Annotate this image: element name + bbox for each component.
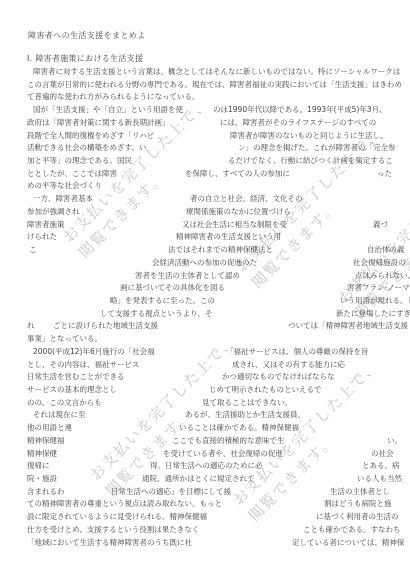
- text-fragment: 害者プラン-ノーマラ: [347, 283, 410, 292]
- document-line: ての精神障害者の尊重という視点は読み取れない。もっと割はどうも病院と施: [0, 499, 410, 510]
- document-line: 国が「生活支援」や「自立」という用語を使のは1990年代以降である。1993年(…: [0, 105, 410, 116]
- document-line: けられた精神障害者の生活支援という用: [0, 232, 410, 243]
- text-fragment: 割はどうも病院と施: [324, 499, 392, 508]
- document-line: 活動できる社会の構築をめざす、いン」の理念を掲げた。これが障害者の「完全参: [0, 143, 410, 154]
- text-fragment: い。: [387, 436, 402, 445]
- text-fragment: 成され、又はその有する能力に応: [232, 360, 345, 369]
- text-fragment: 療関係施策のなかに位置づけら: [186, 207, 291, 216]
- text-fragment: 日常生活を営むことができる: [27, 372, 125, 381]
- document-line: 2000(平成12)年6月施行の「社会福「福祉サービスは、個人の尊厳の保持を旨: [0, 347, 410, 358]
- document-line: 事業」となっている。: [0, 334, 410, 345]
- document-line: して支援する視点というより、そ新たに登場したにすぎない。そ: [0, 309, 410, 320]
- text-fragment: 新たに登場したにすぎない。そ: [336, 309, 410, 318]
- text-fragment: て普遍的な使われ方がみられるようになっている。: [27, 92, 200, 101]
- text-fragment: 会経済活動への参加の促進のた: [152, 258, 257, 267]
- document-line: のの、この文言からも見て取ることはできない。: [0, 398, 410, 409]
- text-fragment: 事業」となっている。: [27, 334, 102, 343]
- text-fragment: ついては「精神障害者地域生活支援: [288, 321, 408, 330]
- text-fragment: を保障し、すべての人の参加に: [185, 169, 290, 178]
- text-fragment: 他の用語と連: [27, 423, 72, 432]
- document-lines: 障害者に対する生活支援という言葉は、概念としてはそんなに新しいものではない。特に…: [0, 0, 410, 580]
- document-page: お支払いを完了した上で、閲覧できます。お支払いを完了した上で、閲覧できます。お支…: [0, 0, 410, 580]
- text-fragment: 2000(平成12)年6月施行の「社会福: [33, 347, 155, 356]
- text-fragment: 仕方を受けとめ、支援するという役割は果たきなく: [27, 525, 199, 534]
- text-fragment: った: [377, 169, 392, 178]
- text-fragment: 日常生活への適応」を目標にして援: [111, 487, 231, 496]
- text-fragment: るだけでなく、行動に結びつく計画を策定するこ: [228, 156, 393, 165]
- text-fragment: 「地域において生活する精神障害者のうち既に社: [27, 538, 192, 547]
- document-line: 設に限定されているように見受けられる。精神保健福に基づく利用者の生活の: [0, 512, 410, 523]
- text-fragment: 法ではそれまでの精神保健法と: [168, 245, 273, 254]
- text-fragment: けられた: [27, 232, 57, 241]
- text-fragment: 略」を発表するに至った。この: [110, 296, 215, 305]
- text-fragment: のは1990年代以降である。1993年(平成5)年3月、: [213, 105, 387, 114]
- text-fragment: 生活の主体者とし: [330, 487, 390, 496]
- text-fragment: 害者を生活の主体者として認め: [135, 271, 240, 280]
- document-line: 「地域において生活する精神障害者のうち既に社定している者については、精神保: [0, 538, 410, 549]
- text-fragment: の社会: [371, 449, 394, 458]
- document-line: こ法ではそれまでの精神保健法と自治体の義: [0, 245, 410, 256]
- text-fragment: 精神保健: [27, 449, 57, 458]
- document-line: ととしたが、ここでは障害を保障し、すべての人の参加にった: [0, 169, 410, 180]
- document-line: 加と平等」の理念である。国民るだけでなく、行動に結びつく計画を策定するこ: [0, 156, 410, 167]
- text-fragment: とある。病: [362, 461, 400, 470]
- document-line: 害者を生活の主体者として認め点はみられない。: [0, 271, 410, 282]
- text-fragment: あるが、生活援助とか生活支援員、: [185, 410, 305, 419]
- text-fragment: ここでも直接的積極的な意味で生: [172, 436, 285, 445]
- text-fragment: 精神障害者の生活支援という用: [176, 232, 281, 241]
- text-fragment: 又は社会生活に相当な制限を受: [182, 220, 287, 229]
- text-fragment: 含まれるわ: [27, 487, 65, 496]
- text-fragment: れ: [27, 321, 35, 330]
- document-line: て普遍的な使われ方がみられるようになっている。: [0, 92, 410, 103]
- text-fragment: とし、その内容は、福祉サービス: [27, 360, 140, 369]
- document-line: 一方、障害者基本者の自立と社会、経済、文化その: [0, 194, 410, 205]
- text-fragment: 障害者に対する生活支援という言葉は、概念としてはそんなに新しいものではない。特に…: [33, 67, 400, 76]
- text-fragment: 障害者が障害のないものと同じように生活し、: [230, 131, 388, 140]
- text-fragment: ごとに設けられた地域生活支援: [53, 321, 158, 330]
- text-fragment: 設に限定されているように見受けられる。精神保健福: [27, 512, 207, 521]
- text-fragment: 画に基づいてその具体化を図る: [120, 283, 225, 292]
- text-fragment: に基づく利用者の生活の: [316, 512, 399, 521]
- text-fragment: ン」の理念を掲げた。これが障害者の「完全参: [238, 143, 396, 152]
- document-line: 会経済活動への参加の促進のた社会復帰施設の: [0, 258, 410, 269]
- document-line: 障害者に対する生活支援という言葉は、概念としてはそんなに新しいものではない。特に…: [0, 67, 410, 78]
- text-fragment: めの平等な社会づくり: [27, 181, 102, 190]
- text-fragment: 者の自立と社会、経済、文化その: [190, 194, 303, 203]
- text-fragment: して支援する視点というより、そ: [100, 309, 213, 318]
- document-line: めの平等な社会づくり: [0, 181, 410, 192]
- document-line: 院・施設通院、通所かはとくに規定されている人も当然: [0, 474, 410, 485]
- text-fragment: こ: [29, 245, 37, 254]
- text-fragment: 精神保健福: [27, 436, 65, 445]
- text-fragment: 活動できる社会の構築をめざす、い: [27, 143, 146, 152]
- text-fragment: ととしたが、ここでは障害: [27, 169, 117, 178]
- document-line: 精神保健を受けている者や、社会復帰の促進の社会: [0, 449, 410, 460]
- document-line: 参加が強調され療関係施策のなかに位置づけら: [0, 207, 410, 218]
- text-fragment: いる人も当然: [357, 474, 402, 483]
- document-line: とし、その内容は、福祉サービス成され、又はその有する能力に応: [0, 360, 410, 371]
- text-fragment: には、障害者がそのライフステージのすべての: [220, 118, 376, 127]
- text-fragment: 院・施設: [27, 474, 57, 483]
- document-line: 復帰に得、日常生活への適応のために必とある。病: [0, 461, 410, 472]
- text-fragment: ことも確かである。すなわち: [303, 525, 401, 534]
- document-line: 画に基づいてその具体化を図る害者プラン-ノーマラ: [0, 283, 410, 294]
- text-fragment: 「福祉サービスは、個人の尊厳の保持を旨: [226, 347, 369, 356]
- text-fragment: ての精神障害者の尊重という視点は読み取れない。もっと: [27, 499, 222, 508]
- text-fragment: 通院、通所かはとくに規定されて: [142, 474, 255, 483]
- text-fragment: のの、この文言からも: [27, 398, 102, 407]
- text-fragment: いることは確かである。精神保健福: [179, 423, 299, 432]
- text-fragment: 得、日常生活への適応のために必: [150, 461, 263, 470]
- document-line: それは現在に至あるが、生活援助とか生活支援員、: [0, 410, 410, 421]
- text-fragment: 点はみられない。: [355, 271, 410, 280]
- document-line: 精神保健福ここでも直接的積極的な意味で生い。: [0, 436, 410, 447]
- document-line: れごとに設けられた地域生活支援ついては「精神障害者地域生活支援: [0, 321, 410, 332]
- document-line: 障害者施策又は社会生活に相当な制限を受義づ: [0, 220, 410, 231]
- document-line: 日常生活を営むことができるかつ適切なものでなければならな: [0, 372, 410, 383]
- text-fragment: じめて明示されたものといえるで: [209, 385, 321, 394]
- text-fragment: 国が「生活支援」や「自立」という用語を使: [33, 105, 183, 114]
- text-fragment: 政府は「障害者対策に関する新長期計画」: [27, 118, 170, 127]
- text-fragment: 自治体の義: [367, 245, 405, 254]
- document-line: 他の用語と連いることは確かである。精神保健福: [0, 423, 410, 434]
- text-fragment: 定している者については、精神保: [292, 538, 404, 547]
- text-fragment: 加と平等」の理念である。国民: [27, 156, 132, 165]
- text-fragment: この言葉が日常的に使われる分野の専門である。現在では、障害者福祉の実践においては…: [27, 80, 402, 89]
- text-fragment: それは現在に至: [33, 410, 86, 419]
- document-line: 段階で全人間的復権をめざす「リハビ障害者が障害のないものと同じように生活し、: [0, 131, 410, 142]
- text-fragment: 段階で全人間的復権をめざす「リハビ: [27, 131, 154, 140]
- document-line: 仕方を受けとめ、支援するという役割は果たきなくことも確かである。すなわち: [0, 525, 410, 536]
- text-fragment: 見て取ることはできない。: [202, 398, 292, 407]
- document-line: サービスの基本的理念としじめて明示されたものといえるで: [0, 385, 410, 396]
- text-fragment: 参加が強調され: [27, 207, 80, 216]
- document-line: 含まれるわ日常生活への適応」を目標にして援生活の主体者とし: [0, 487, 410, 498]
- text-fragment: サービスの基本的理念とし: [27, 385, 117, 394]
- text-fragment: 復帰に: [27, 461, 50, 470]
- text-fragment: 義づ: [373, 220, 388, 229]
- text-fragment: かつ適切なものでなければならな: [222, 372, 335, 381]
- document-line: 略」を発表するに至った。このいう用語が現れる。しかし: [0, 296, 410, 307]
- text-fragment: 社会復帰施設の: [353, 258, 406, 267]
- text-fragment: いう用語が現れる。しかし: [340, 296, 410, 305]
- document-line: 政府は「障害者対策に関する新長期計画」には、障害者がそのライフステージのすべての: [0, 118, 410, 129]
- text-fragment: 一方、障害者基本: [33, 194, 93, 203]
- document-line: この言葉が日常的に使われる分野の専門である。現在では、障害者福祉の実践においては…: [0, 80, 410, 91]
- text-fragment: 障害者施策: [27, 220, 65, 229]
- text-fragment: を受けている者や、社会復帰の促進: [163, 449, 283, 458]
